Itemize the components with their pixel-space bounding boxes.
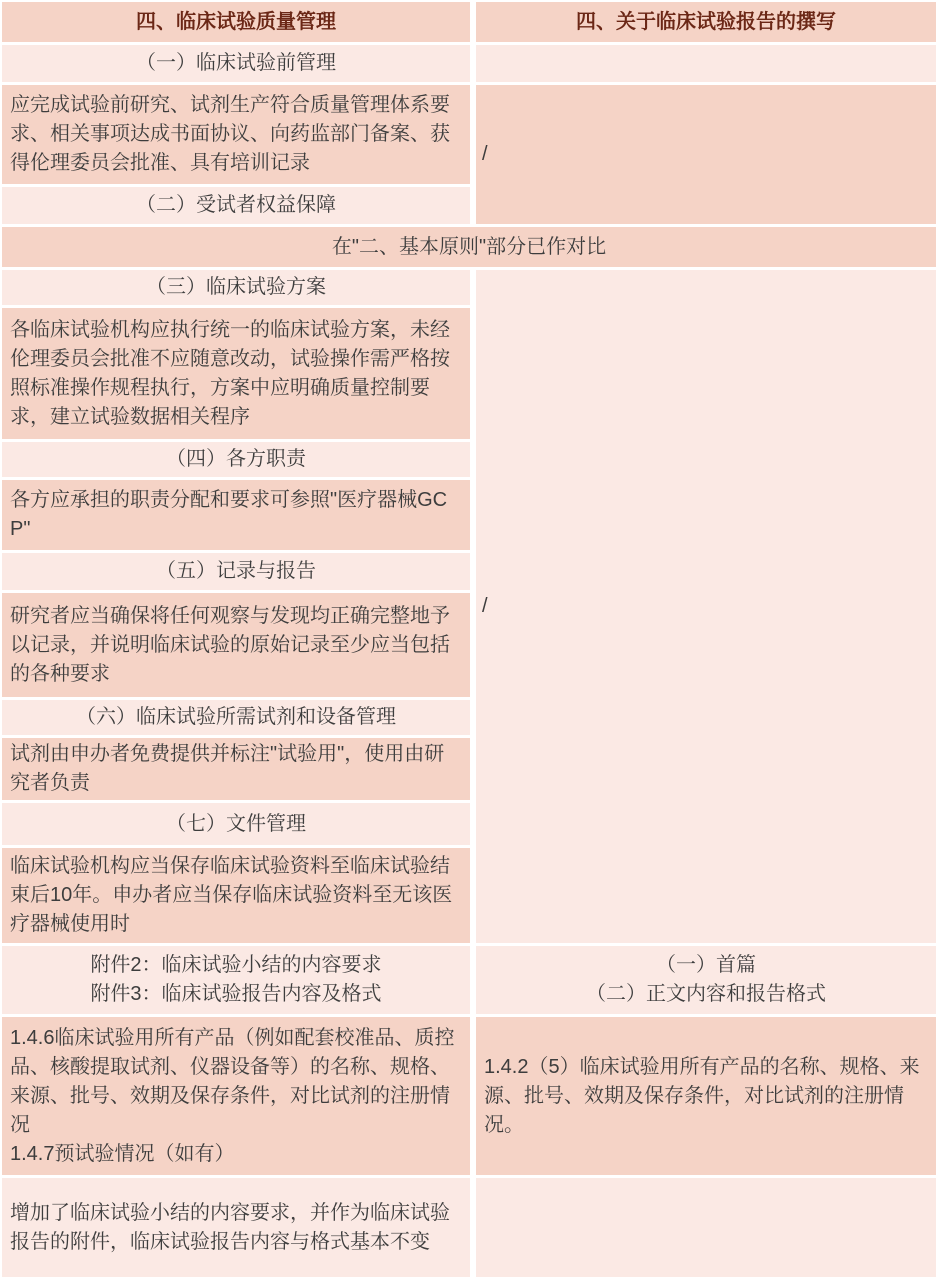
cell-slash-1: / — [470, 82, 936, 224]
cell-sec1-right-empty — [470, 42, 936, 82]
cell-item-142: 1.4.2（5）临床试验用所有产品的名称、规格、来源、批号、效期及保存条件，对比… — [470, 1014, 936, 1175]
column-header-report-writing: 四、关于临床试验报告的撰写 — [470, 2, 936, 42]
item-146-text: 1.4.6临床试验用所有产品（例如配套校准品、质控品、核酸提取试剂、仪器设备等）… — [10, 1024, 462, 1140]
table-row: （一）临床试验前管理 — [2, 42, 936, 82]
cell-sec3-body: 各临床试验机构应执行统一的临床试验方案，未经伦理委员会批准不应随意改动，试验操作… — [2, 305, 470, 439]
table-row: 应完成试验前研究、试剂生产符合质量管理体系要求、相关事项达成书面协议、向药监部门… — [2, 82, 936, 184]
cell-sec4-title: （四）各方职责 — [2, 439, 470, 477]
report-part-2-line: （二）正文内容和报告格式 — [484, 980, 928, 1009]
cell-attachments-left: 附件2：临床试验小结的内容要求 附件3：临床试验报告内容及格式 — [2, 943, 470, 1014]
cell-item-146-147: 1.4.6临床试验用所有产品（例如配套校准品、质控品、核酸提取试剂、仪器设备等）… — [2, 1014, 470, 1175]
table-row: 附件2：临床试验小结的内容要求 附件3：临床试验报告内容及格式 （一）首篇 （二… — [2, 943, 936, 1014]
cell-sec2-title: （二）受试者权益保障 — [2, 184, 470, 224]
cell-sec1-body: 应完成试验前研究、试剂生产符合质量管理体系要求、相关事项达成书面协议、向药监部门… — [2, 82, 470, 184]
cell-sec7-body: 临床试验机构应当保存临床试验资料至临床试验结束后10年。申办者应当保存临床试验资… — [2, 845, 470, 943]
cell-compare-note: 在"二、基本原则"部分已作对比 — [2, 224, 936, 267]
table-row: 1.4.6临床试验用所有产品（例如配套校准品、质控品、核酸提取试剂、仪器设备等）… — [2, 1014, 936, 1175]
report-part-1-line: （一）首篇 — [484, 951, 928, 980]
cell-sec1-title: （一）临床试验前管理 — [2, 42, 470, 82]
header-row: 四、临床试验质量管理 四、关于临床试验报告的撰写 — [2, 2, 936, 42]
cell-summary-right-empty — [470, 1175, 936, 1277]
item-147-text: 1.4.7预试验情况（如有） — [10, 1140, 462, 1169]
cell-sec3-title: （三）临床试验方案 — [2, 267, 470, 305]
cell-slash-2: / — [470, 267, 936, 943]
cell-attachments-right: （一）首篇 （二）正文内容和报告格式 — [470, 943, 936, 1014]
column-header-quality-management: 四、临床试验质量管理 — [2, 2, 470, 42]
cell-sec4-body: 各方应承担的职责分配和要求可参照"医疗器械GCP" — [2, 477, 470, 550]
cell-sec7-title: （七）文件管理 — [2, 800, 470, 845]
table-row: （三）临床试验方案 / — [2, 267, 936, 305]
table-row: 在"二、基本原则"部分已作对比 — [2, 224, 936, 267]
attachment-3-line: 附件3：临床试验报告内容及格式 — [10, 980, 462, 1009]
cell-sec5-title: （五）记录与报告 — [2, 550, 470, 590]
cell-sec5-body: 研究者应当确保将任何观察与发现均正确完整地予以记录，并说明临床试验的原始记录至少… — [2, 590, 470, 697]
attachment-2-line: 附件2：临床试验小结的内容要求 — [10, 951, 462, 980]
table-row: 增加了临床试验小结的内容要求，并作为临床试验报告的附件，临床试验报告内容与格式基… — [2, 1175, 936, 1277]
cell-sec6-title: （六）临床试验所需试剂和设备管理 — [2, 697, 470, 735]
cell-summary: 增加了临床试验小结的内容要求，并作为临床试验报告的附件，临床试验报告内容与格式基… — [2, 1175, 470, 1277]
comparison-table: 四、临床试验质量管理 四、关于临床试验报告的撰写 （一）临床试验前管理 应完成试… — [2, 2, 936, 1277]
cell-sec6-body: 试剂由申办者免费提供并标注"试验用"，使用由研究者负责 — [2, 735, 470, 800]
